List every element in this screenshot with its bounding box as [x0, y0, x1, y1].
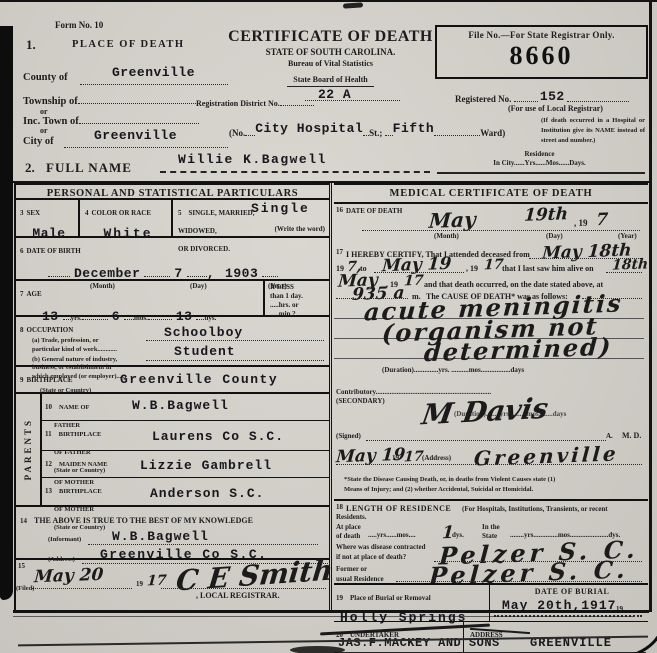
scan-edge-left: [0, 26, 13, 600]
filed-year-handwriting: 17: [147, 574, 167, 589]
signed-a: A.: [606, 432, 613, 441]
signature-date-block: May 19 19 17 (Address) Greenville: [334, 446, 648, 472]
certify-19b: , 19: [466, 264, 478, 274]
certificate-title-block: CERTIFICATE OF DEATH STATE OF SOUTH CARO…: [228, 28, 433, 87]
sex-label: SEX: [27, 209, 41, 217]
dotted-line: [32, 588, 132, 589]
registrar-signature: C E Smith: [175, 556, 334, 595]
scan-corner-curve: [598, 592, 657, 653]
medical-column: MEDICAL CERTIFICATE OF DEATH 16 DATE OF …: [334, 183, 648, 610]
board-line: State Board of Health: [287, 75, 373, 87]
state-line: STATE OF SOUTH CAROLINA.: [228, 47, 433, 58]
dotted-line: [146, 340, 324, 341]
dod-label: DATE OF DEATH: [346, 207, 402, 216]
father-birthplace-number: 11: [45, 430, 52, 438]
local-registrar-caption: , LOCAL REGISTRAR.: [196, 591, 280, 601]
dob-month: December: [74, 266, 140, 281]
dod-month-caption: (Month): [434, 232, 459, 241]
dod-day-caption: (Day): [546, 232, 563, 241]
marital-number: 5: [178, 209, 182, 217]
or-label-2: or: [40, 126, 48, 136]
street-ward-line: (No.City HospitalSt.; FifthWard): [229, 126, 505, 140]
section2-number: 2.: [25, 160, 35, 176]
certify-last-saw: that I last saw him alive on: [502, 264, 594, 274]
dob-comma: ,: [207, 266, 215, 281]
city-value: Greenville: [94, 129, 177, 143]
cause-of-death-block: acute meningitis (organism not determine…: [334, 300, 648, 362]
registration-district: Registration District No.: [196, 96, 314, 109]
informant-number: 14: [20, 517, 27, 525]
dotted-line: [606, 272, 642, 273]
informant-statement: THE ABOVE IS TRUE TO THE BEST OF MY KNOW…: [34, 516, 253, 525]
parents-label: PARENTS: [24, 418, 33, 480]
dotted-line: [396, 581, 642, 582]
violent-causes-footnote: *State the Disease Causing Death, or, in…: [334, 472, 648, 501]
parents-block: PARENTS 10 NAME OFFATHER W.B.Bagwell 11 …: [16, 394, 329, 507]
occupation-number: 8: [20, 326, 24, 334]
birthplace-label: BIRTHPLACE: [27, 376, 73, 384]
dotted-line: [80, 84, 228, 85]
dod-year-handwriting: 7: [595, 212, 608, 229]
signature-date-19: 19: [392, 454, 399, 463]
contracted-label: Where was disease contractedif not at pl…: [336, 543, 426, 563]
father-birthplace-row: 11 BIRTHPLACEOF FATHER(State or Country)…: [42, 421, 329, 451]
father-name-row: 10 NAME OFFATHER W.B.Bagwell: [42, 394, 329, 421]
informant-caption: (Informant): [48, 536, 81, 544]
dotted-line: [88, 544, 318, 545]
registered-value: 152: [540, 89, 565, 104]
marital-hint: (Write the word): [275, 225, 325, 234]
residence-caption-line2: In City......Yrs......Mos......Days.: [437, 159, 642, 168]
sex-number: 3: [20, 209, 24, 217]
filed-caption: (Filed): [16, 585, 34, 593]
column-divider: [329, 183, 332, 610]
street-no-label: (No.: [229, 128, 245, 138]
birthplace-value: Greenville County: [120, 373, 278, 387]
scan-smudge-bottom: [290, 646, 345, 653]
md-caption: M. D.: [622, 431, 641, 441]
dod-year-caption: (Year): [618, 232, 637, 241]
residence-paren: (For Hospitals, Institutions, Transients…: [462, 505, 608, 514]
contracted-block: Where was disease contractedif not at pl…: [334, 543, 648, 583]
street-st-label: St.;: [369, 128, 382, 138]
bureau-line: Bureau of Vital Statistics: [228, 59, 433, 69]
registered-subcaption: (For use of Local Registrar): [508, 104, 603, 114]
parents-side-cell: PARENTS: [16, 394, 42, 505]
dob-number: 6: [20, 247, 24, 255]
informant-block: 14 THE ABOVE IS TRUE TO THE BEST OF MY K…: [16, 507, 329, 560]
race-label: COLOR OR RACE: [92, 209, 152, 217]
date-of-death-block: 16 DATE OF DEATH May 19th , 19 7 (Month)…: [334, 204, 648, 244]
residence-caption-line1: Residence: [437, 150, 642, 159]
sex-race-marital-row: 3SEX Male 4COLOR OR RACE White 5 SINGLE,…: [16, 200, 329, 238]
name-line: [160, 171, 430, 173]
form-bottom-rule: [13, 610, 649, 613]
county-label: County of: [23, 72, 68, 85]
at-place-days-caption: dys.: [452, 531, 464, 540]
hospital-note: (If death occurred in a Hospital or Inst…: [541, 116, 645, 145]
marital-value: Single: [251, 202, 310, 216]
dotted-line: [336, 464, 642, 465]
residence-underline: [437, 172, 645, 174]
address-caption: (Address): [422, 454, 451, 463]
personal-column: PERSONAL AND STATISTICAL PARTICULARS 3SE…: [14, 183, 329, 610]
filed-number: 15: [18, 563, 25, 570]
scan-edge-top: [0, 0, 657, 2]
occupation-b-value: Student: [174, 345, 236, 359]
dotted-line: [146, 360, 324, 361]
dotted-line: [362, 230, 640, 231]
race-cell: 4COLOR OR RACE White: [80, 200, 173, 236]
mother-name-row: 12 MAIDEN NAMEOF MOTHER Lizzie Gambrell: [42, 451, 329, 478]
birthplace-number: 9: [20, 376, 24, 384]
mother-name-value: Lizzie Gambrell: [140, 459, 272, 473]
father-birthplace-value: Laurens Co S.C.: [152, 430, 284, 444]
father-name-number: 10: [45, 403, 52, 411]
full-name-value: Willie K.Bagwell: [178, 153, 327, 167]
township-label: Township of: [23, 94, 196, 109]
certify-number: 17: [336, 249, 343, 256]
dotted-line: [161, 588, 326, 589]
mother-birthplace-row: 13 BIRTHPLACEOF MOTHER(State or Country)…: [42, 478, 329, 505]
medical-header: MEDICAL CERTIFICATE OF DEATH: [334, 183, 648, 204]
registration-district-label: Registration District No.: [196, 99, 280, 108]
ward-value: Fifth: [393, 121, 435, 136]
mother-name-number: 12: [45, 460, 52, 468]
certify-death-occurred: and that death occurred, on the date sta…: [424, 280, 603, 290]
signature-date-year: 17: [404, 450, 424, 465]
mother-birthplace-number: 13: [45, 487, 52, 495]
dod-day-handwriting: 19th: [523, 206, 568, 225]
age-main-cell: 7AGE 13 yrs. 6 mos. 13 dys.: [16, 281, 263, 315]
section1-title: PLACE OF DEATH: [72, 39, 185, 52]
file-box-label: File No.—For State Registrar Only.: [437, 30, 646, 41]
personal-header: PERSONAL AND STATISTICAL PARTICULARS: [16, 183, 329, 200]
dob-label: DATE OF BIRTH: [27, 247, 81, 255]
informant-value: W.B.Bagwell: [112, 530, 209, 544]
form-bottom-rule2: [13, 616, 633, 617]
former-label: Former orusual Residence: [336, 565, 384, 585]
scan-edge-right: [649, 0, 652, 612]
section2-title: FULL NAME: [46, 160, 132, 176]
street-value: City Hospital: [255, 121, 363, 136]
signed-caption: (Signed): [336, 432, 361, 441]
race-number: 4: [85, 209, 89, 217]
at-place-label: At placeof death: [336, 523, 361, 541]
file-number-value: 8660: [437, 43, 646, 69]
filed-block: 15 (Filed) May 20 19 17 C E Smith , LOCA…: [16, 560, 329, 608]
cause-line3-handwriting: determined): [423, 335, 613, 366]
scan-smudge-top: [343, 2, 363, 8]
marital-cell: 5 SINGLE, MARRIED, WIDOWED, OR DIVORCED.…: [173, 200, 329, 236]
dod-month-handwriting: May: [428, 209, 476, 231]
death-certificate-scan: Form No. 10 1. PLACE OF DEATH County of …: [0, 0, 657, 653]
certificate-title: CERTIFICATE OF DEATH: [228, 28, 433, 46]
certify-year-c: 17: [404, 274, 424, 289]
section1-number: 1.: [26, 37, 36, 53]
physician-signature: M Davis: [420, 395, 550, 430]
residence-caption: Residence In City......Yrs......Mos.....…: [437, 150, 642, 168]
certify-last-date: 18th: [612, 257, 649, 272]
dotted-line: [366, 440, 606, 441]
dotted-line: [305, 100, 400, 101]
at-place-dots: .....yrs......mos....: [368, 531, 416, 540]
dob-year: 1903: [225, 266, 258, 281]
inc-town-label: Inc. Town of: [23, 114, 199, 129]
age-number: 7: [20, 290, 24, 298]
birthplace-row: 9BIRTHPLACE (State or Country) Greenvill…: [16, 367, 329, 394]
file-number-box: File No.—For State Registrar Only. 8660: [435, 25, 648, 79]
dob-day: 7: [174, 266, 182, 281]
registered-label: Registered No.: [455, 94, 511, 104]
occupation-a-value: Schoolboy: [164, 326, 243, 340]
age-less-cell: If LESS than 1 day. .....hrs. or .....mi…: [263, 281, 329, 315]
certify-year-b: 17: [484, 258, 504, 273]
dotted-line: [64, 147, 228, 148]
mother-birthplace-value: Anderson S.C.: [150, 487, 264, 501]
residence-paren2: Residents.: [336, 513, 367, 522]
occupation-row: 8OCCUPATION (a) Trade, profession, orpar…: [16, 317, 329, 367]
sex-cell: 3SEX Male: [16, 200, 80, 236]
filed-date-handwriting: May 20: [33, 567, 103, 586]
burial-place-caption: Place of Burial or Removal: [350, 594, 431, 602]
dod-year-prefix: , 19: [574, 218, 588, 229]
form-number: Form No. 10: [55, 20, 103, 31]
age-row: 7AGE 13 yrs. 6 mos. 13 dys. If LESS than…: [16, 281, 329, 317]
county-value: Greenville: [112, 66, 195, 80]
father-name-value: W.B.Bagwell: [132, 399, 229, 413]
burial-number: 19: [336, 594, 343, 602]
age-label: AGE: [27, 290, 42, 298]
filed-year-prefix: 19: [136, 580, 143, 589]
occupation-label: OCCUPATION: [27, 326, 74, 334]
dod-number: 16: [336, 207, 343, 214]
city-label: City of: [23, 136, 54, 149]
residence-number: 18: [336, 504, 343, 511]
duration-line: (Duration)..............yrs. ..........m…: [334, 362, 648, 380]
contributory-block: Contributory............................…: [334, 380, 648, 446]
ward-label: Ward): [480, 128, 505, 138]
secondary-label: (SECONDARY): [336, 397, 385, 406]
dob-row: 6DATE OF BIRTH December 7 , 1903 (Month)…: [16, 238, 329, 281]
